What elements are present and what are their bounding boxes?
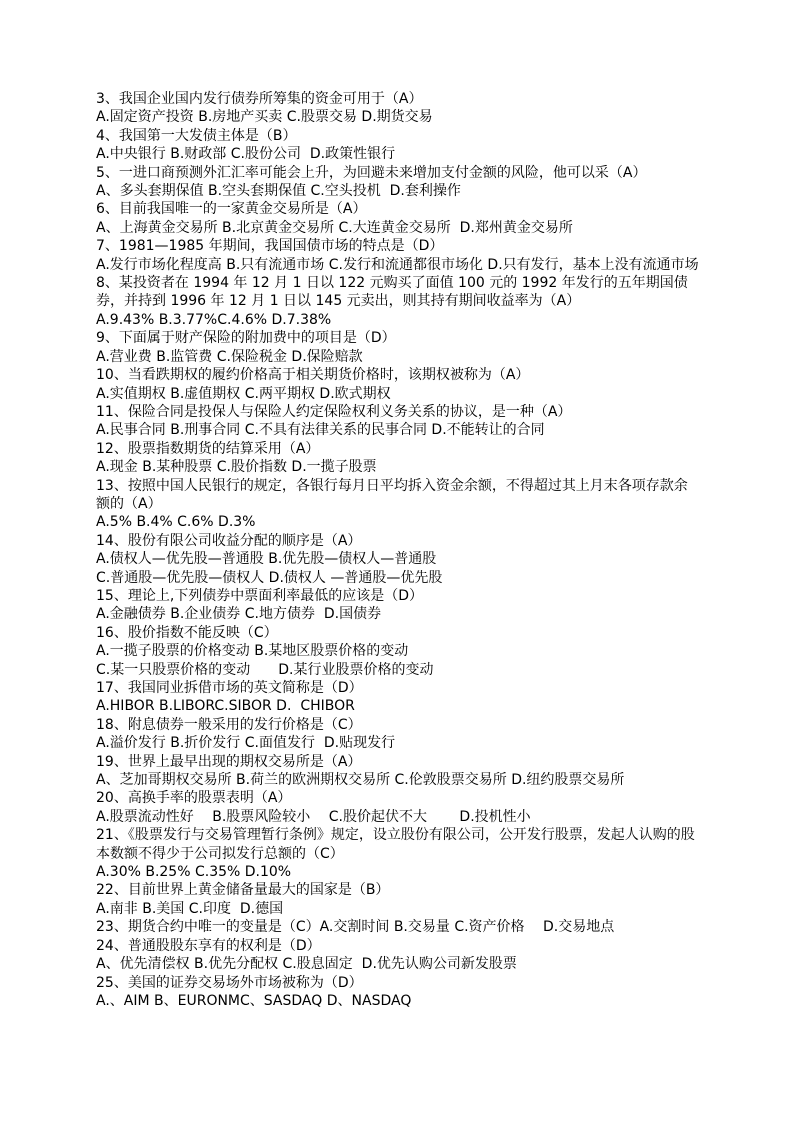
question-block: 15、理论上,下列债券中票面利率最低的应该是（D）A.金融债券 B.企业债券 C… xyxy=(96,587,700,624)
question-text: 17、我国同业拆借市场的英文简称是（D） xyxy=(96,679,700,697)
option-line: A.中央银行 B.财政部 C.股份公司 D.政策性银行 xyxy=(96,145,700,163)
option-line: A.营业费 B.监管费 C.保险税金 D.保险赔款 xyxy=(96,348,700,366)
option-line: A.发行市场化程度高 B.只有流通市场 C.发行和流通都很市场化 D.只有发行，… xyxy=(96,256,700,274)
option-line: A、优先清偿权 B.优先分配权 C.股息固定 D.优先认购公司新发股票 xyxy=(96,955,700,973)
option-line: A.固定资产投资 B.房地产买卖 C.股票交易 D.期货交易 xyxy=(96,108,700,126)
option-line: A.、AIM B、EURONMC、SASDAQ D、NASDAQ xyxy=(96,992,700,1010)
question-text: 8、某投资者在 1994 年 12 月 1 日以 122 元购买了面值 100 … xyxy=(96,274,700,311)
question-text: 23、期货合约中唯一的变量是（C）A.交割时间 B.交易量 C.资产价格 D.交… xyxy=(96,918,700,936)
question-block: 11、保险合同是投保人与保险人约定保险权利义务关系的协议，是一种（A）A.民事合… xyxy=(96,403,700,440)
option-line: A.现金 B.某种股票 C.股价指数 D.一揽子股票 xyxy=(96,458,700,476)
question-block: 10、当看跌期权的履约价格高于相关期货价格时，该期权被称为（A）A.实值期权 B… xyxy=(96,366,700,403)
question-block: 25、美国的证券交易场外市场被称为（D）A.、AIM B、EURONMC、SAS… xyxy=(96,974,700,1011)
question-text: 10、当看跌期权的履约价格高于相关期货价格时，该期权被称为（A） xyxy=(96,366,700,384)
question-block: 4、我国第一大发债主体是（B）A.中央银行 B.财政部 C.股份公司 D.政策性… xyxy=(96,127,700,164)
question-block: 8、某投资者在 1994 年 12 月 1 日以 122 元购买了面值 100 … xyxy=(96,274,700,329)
question-text: 4、我国第一大发债主体是（B） xyxy=(96,127,700,145)
question-block: 23、期货合约中唯一的变量是（C）A.交割时间 B.交易量 C.资产价格 D.交… xyxy=(96,918,700,936)
question-text: 6、目前我国唯一的一家黄金交易所是（A） xyxy=(96,200,700,218)
option-line: A、芝加哥期权交易所 B.荷兰的欧洲期权交易所 C.伦敦股票交易所 D.纽约股票… xyxy=(96,771,700,789)
question-block: 3、我国企业国内发行债券所筹集的资金可用于（A）A.固定资产投资 B.房地产买卖… xyxy=(96,90,700,127)
question-text: 22、目前世界上黄金储备量最大的国家是（B） xyxy=(96,881,700,899)
question-text: 5、一进口商预测外汇汇率可能会上升，为回避未来增加支付金额的风险，他可以采（A） xyxy=(96,164,700,182)
option-line: A.9.43% B.3.77%C.4.6% D.7.38% xyxy=(96,311,700,329)
question-block: 7、1981—1985 年期间，我国国债市场的特点是（D）A.发行市场化程度高 … xyxy=(96,237,700,274)
question-text: 3、我国企业国内发行债券所筹集的资金可用于（A） xyxy=(96,90,700,108)
question-block: 18、附息债券一般采用的发行价格是（C）A.溢价发行 B.折价发行 C.面值发行… xyxy=(96,716,700,753)
question-text: 24、普通股股东享有的权利是（D） xyxy=(96,937,700,955)
option-line: A.股票流动性好 B.股票风险较小 C.股价起伏不大 D.投机性小 xyxy=(96,808,700,826)
option-line: A.30% B.25% C.35% D.10% xyxy=(96,863,700,881)
option-line: A.HIBOR B.LIBORC.SIBOR D. CHIBOR xyxy=(96,697,700,715)
question-block: 21、《股票发行与交易管理暂行条例》规定，设立股份有限公司，公开发行股票，发起人… xyxy=(96,826,700,881)
question-block: 9、下面属于财产保险的附加费中的项目是（D）A.营业费 B.监管费 C.保险税金… xyxy=(96,329,700,366)
exam-document: 3、我国企业国内发行债券所筹集的资金可用于（A）A.固定资产投资 B.房地产买卖… xyxy=(0,0,794,1123)
option-line: C.普通股—优先股—债权人 D.债权人 —普通股—优先股 xyxy=(96,569,700,587)
question-block: 17、我国同业拆借市场的英文简称是（D）A.HIBOR B.LIBORC.SIB… xyxy=(96,679,700,716)
question-text: 16、股价指数不能反映（C） xyxy=(96,624,700,642)
option-line: A、上海黄金交易所 B.北京黄金交易所 C.大连黄金交易所 D.郑州黄金交易所 xyxy=(96,219,700,237)
question-text: 7、1981—1985 年期间，我国国债市场的特点是（D） xyxy=(96,237,700,255)
option-line: A.5% B.4% C.6% D.3% xyxy=(96,513,700,531)
question-text: 21、《股票发行与交易管理暂行条例》规定，设立股份有限公司，公开发行股票，发起人… xyxy=(96,826,700,863)
question-block: 5、一进口商预测外汇汇率可能会上升，为回避未来增加支付金额的风险，他可以采（A）… xyxy=(96,164,700,201)
question-block: 6、目前我国唯一的一家黄金交易所是（A）A、上海黄金交易所 B.北京黄金交易所 … xyxy=(96,200,700,237)
question-block: 16、股价指数不能反映（C）A.一揽子股票的价格变动 B.某地区股票价格的变动C… xyxy=(96,624,700,679)
question-text: 14、股份有限公司收益分配的顺序是（A） xyxy=(96,532,700,550)
option-line: A.实值期权 B.虚值期权 C.两平期权 D.欧式期权 xyxy=(96,385,700,403)
option-line: C.某一只股票价格的变动 D.某行业股票价格的变动 xyxy=(96,661,700,679)
option-line: A.民事合同 B.刑事合同 C.不具有法律关系的民事合同 D.不能转让的合同 xyxy=(96,421,700,439)
question-block: 19、世界上最早出现的期权交易所是（A）A、芝加哥期权交易所 B.荷兰的欧洲期权… xyxy=(96,753,700,790)
question-text: 11、保险合同是投保人与保险人约定保险权利义务关系的协议，是一种（A） xyxy=(96,403,700,421)
question-list: 3、我国企业国内发行债券所筹集的资金可用于（A）A.固定资产投资 B.房地产买卖… xyxy=(96,90,700,1010)
option-line: A.南非 B.美国 C.印度 D.德国 xyxy=(96,900,700,918)
question-text: 12、股票指数期货的结算采用（A） xyxy=(96,440,700,458)
question-text: 20、高换手率的股票表明（A） xyxy=(96,789,700,807)
question-text: 9、下面属于财产保险的附加费中的项目是（D） xyxy=(96,329,700,347)
question-text: 18、附息债券一般采用的发行价格是（C） xyxy=(96,716,700,734)
option-line: A.金融债券 B.企业债券 C.地方债券 D.国债券 xyxy=(96,605,700,623)
question-text: 19、世界上最早出现的期权交易所是（A） xyxy=(96,753,700,771)
option-line: A.溢价发行 B.折价发行 C.面值发行 D.贴现发行 xyxy=(96,734,700,752)
question-block: 20、高换手率的股票表明（A）A.股票流动性好 B.股票风险较小 C.股价起伏不… xyxy=(96,789,700,826)
question-text: 25、美国的证券交易场外市场被称为（D） xyxy=(96,974,700,992)
question-text: 15、理论上,下列债券中票面利率最低的应该是（D） xyxy=(96,587,700,605)
question-block: 12、股票指数期货的结算采用（A）A.现金 B.某种股票 C.股价指数 D.一揽… xyxy=(96,440,700,477)
question-block: 14、股份有限公司收益分配的顺序是（A）A.债权人—优先股—普通股 B.优先股—… xyxy=(96,532,700,587)
question-block: 22、目前世界上黄金储备量最大的国家是（B）A.南非 B.美国 C.印度 D.德… xyxy=(96,881,700,918)
question-text: 13、按照中国人民银行的规定，各银行每月日平均拆入资金余额，不得超过其上月末各项… xyxy=(96,477,700,514)
option-line: A.一揽子股票的价格变动 B.某地区股票价格的变动 xyxy=(96,642,700,660)
option-line: A.债权人—优先股—普通股 B.优先股—债权人—普通股 xyxy=(96,550,700,568)
option-line: A、多头套期保值 B.空头套期保值 C.空头投机 D.套利操作 xyxy=(96,182,700,200)
question-block: 13、按照中国人民银行的规定，各银行每月日平均拆入资金余额，不得超过其上月末各项… xyxy=(96,477,700,532)
question-block: 24、普通股股东享有的权利是（D）A、优先清偿权 B.优先分配权 C.股息固定 … xyxy=(96,937,700,974)
